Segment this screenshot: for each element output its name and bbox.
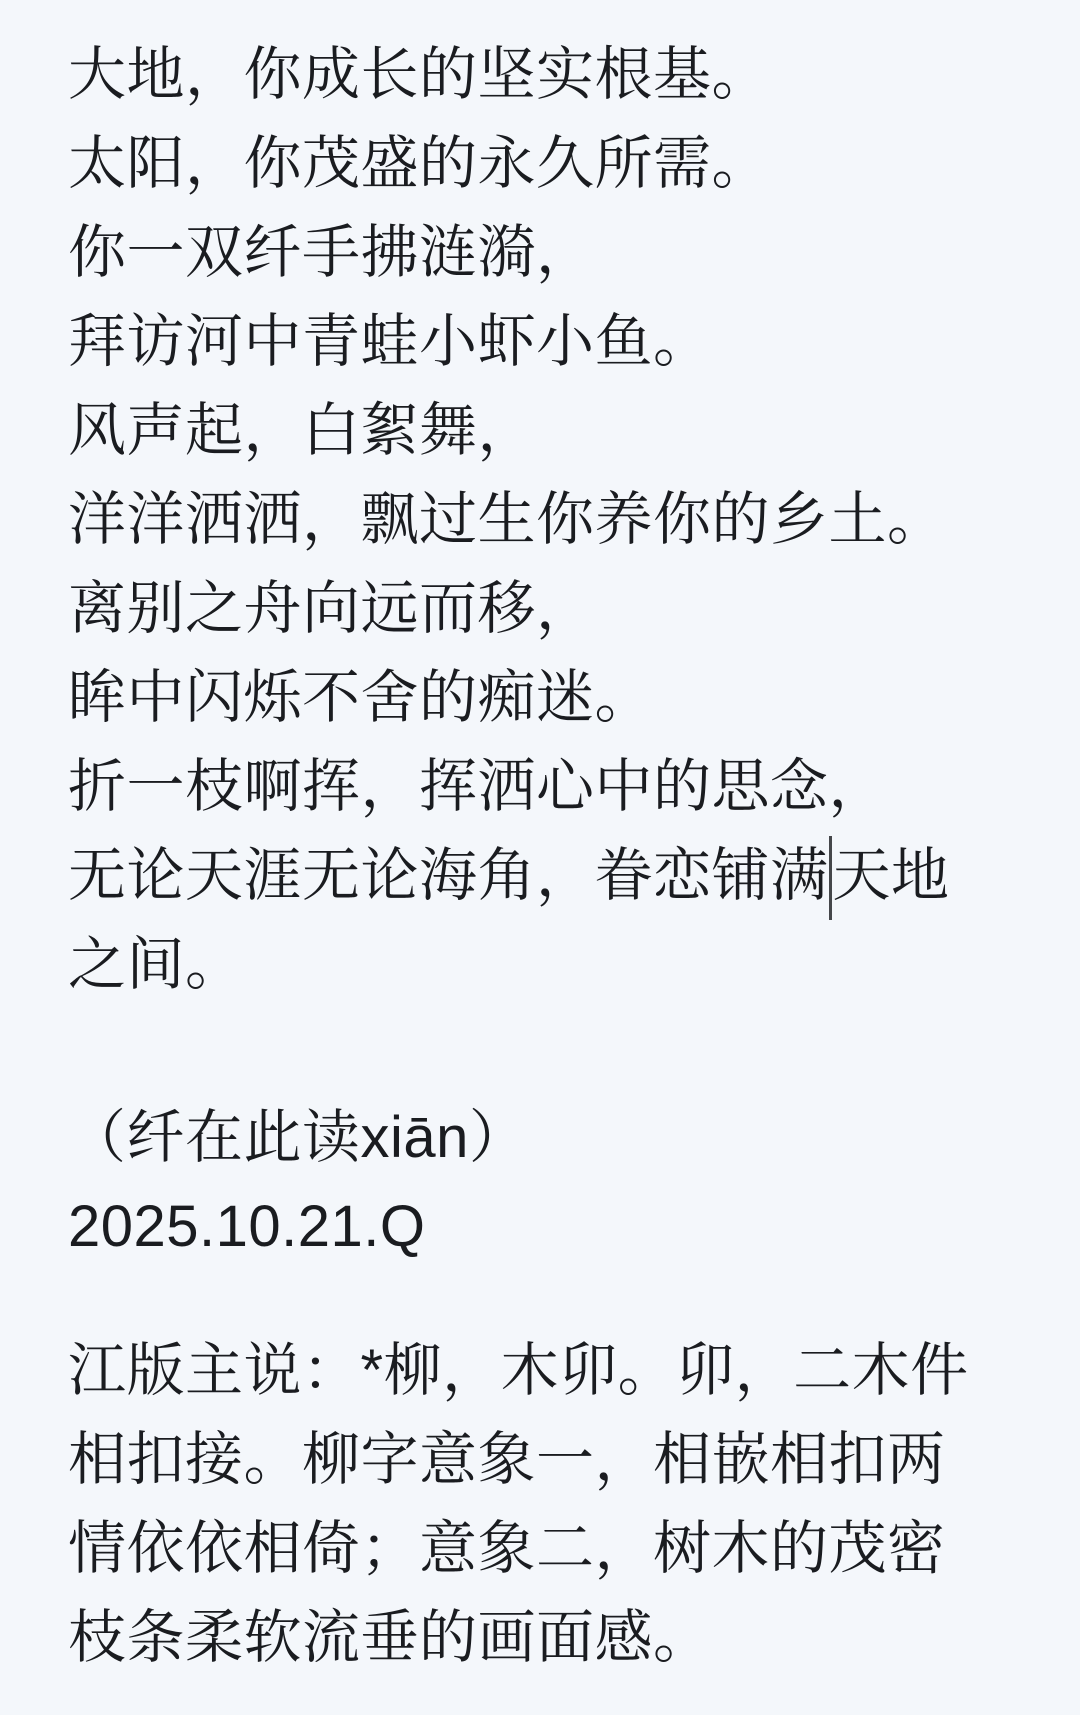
commentary-line[interactable]: 枝条柔软流垂的画面感。	[68, 1593, 1022, 1682]
poem-line[interactable]: 眸中闪烁不舍的痴迷。	[68, 653, 1022, 742]
poem-line[interactable]: 风声起，白絮舞，	[68, 386, 1022, 475]
poem-line[interactable]: 拜访河中青蛙小虾小鱼。	[68, 297, 1022, 386]
poem-line-with-caret[interactable]: 无论天涯无论海角，眷恋铺满天地	[68, 831, 1022, 920]
text-before-caret: 无论天涯无论海角，眷恋铺满	[68, 843, 829, 908]
blank-line[interactable]	[68, 1271, 1022, 1326]
date-line[interactable]: 2025.10.21.Q	[68, 1182, 1022, 1271]
text-caret	[829, 836, 832, 920]
poem-line[interactable]: 之间。	[68, 920, 1022, 1009]
poem-line[interactable]: 离别之舟向远而移，	[68, 564, 1022, 653]
commentary-line[interactable]: 情依依相倚；意象二，树木的茂密	[68, 1504, 1022, 1593]
poem-line[interactable]: 洋洋洒洒，飘过生你养你的乡土。	[68, 475, 1022, 564]
poem-line[interactable]: 太阳，你茂盛的永久所需。	[68, 119, 1022, 208]
text-after-caret: 天地	[833, 843, 950, 908]
poem-line[interactable]: 折一枝啊挥，挥洒心中的思念，	[68, 742, 1022, 831]
poem-line[interactable]: 你一双纤手拂涟漪，	[68, 208, 1022, 297]
poem-line[interactable]: 大地，你成长的坚实根基。	[68, 30, 1022, 119]
commentary-line[interactable]: 相扣接。柳字意象一，相嵌相扣两	[68, 1415, 1022, 1504]
note-editor[interactable]: 大地，你成长的坚实根基。 太阳，你茂盛的永久所需。 你一双纤手拂涟漪， 拜访河中…	[0, 0, 1080, 1715]
blank-line[interactable]	[68, 1009, 1022, 1093]
pronunciation-note-line[interactable]: （纤在此读xiān）	[68, 1093, 1022, 1182]
commentary-line[interactable]: 江版主说：*柳，木卯。卯，二木件	[68, 1326, 1022, 1415]
